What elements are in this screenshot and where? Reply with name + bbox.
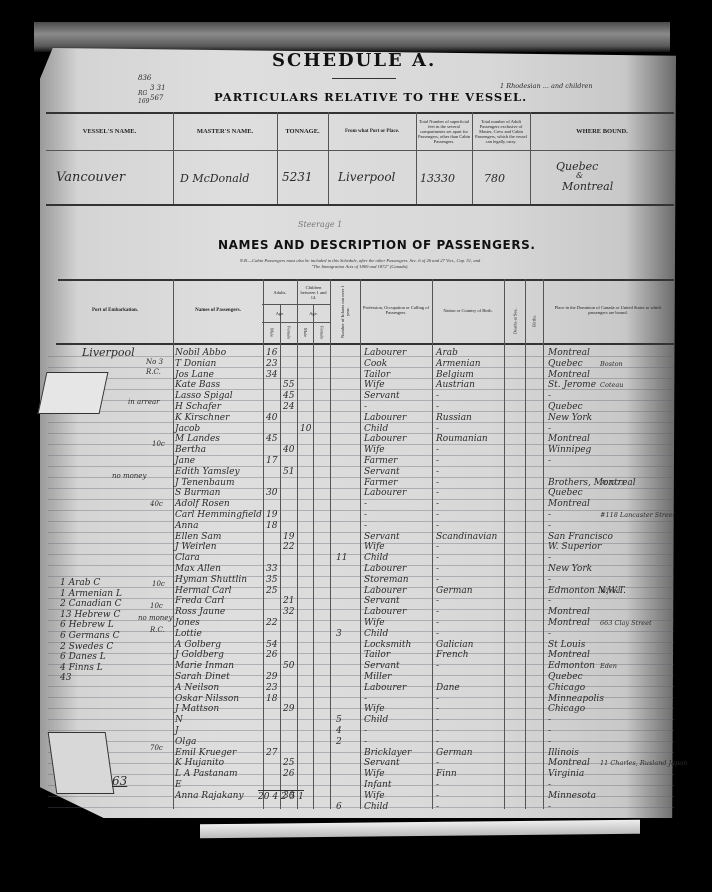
nation-of-birth: - [436,391,439,402]
adult-male-age: 54 [266,640,277,651]
occupation: Labourer [364,348,406,359]
destination: - [548,510,551,521]
destination: New York [548,413,592,424]
destination: Montreal [548,434,590,445]
adult-male-age: 27 [266,748,277,759]
header-port: Port of Embarkation. [60,290,170,330]
adult-male-age: 35 [266,575,277,586]
occupation: Wife [364,791,385,802]
adult-female-age: 50 [283,661,294,672]
adult-male-age: 30 [266,488,277,499]
port-of-embarkation: Liverpool [82,346,135,359]
destination: Quebec [548,488,583,499]
destination: - [548,802,551,813]
nation-of-birth: Armenian [436,359,481,370]
adult-male-age: 19 [266,510,277,521]
passenger-name: Olga [175,737,196,748]
destination: - [548,391,551,402]
adult-female-age: 19 [283,532,294,543]
passenger-table-header-rule [56,343,674,345]
occupation: Farmer [364,478,397,489]
destination: Minnesota [548,791,596,802]
occupation: Child [364,715,388,726]
adult-female-age: 21 [283,596,294,607]
nation-of-birth: German [436,586,473,597]
nation-of-birth: - [436,445,439,456]
nation-of-birth: - [436,607,439,618]
superficial-feet-value: 13330 [420,172,455,185]
occupation: Servant [364,596,400,607]
adult-female-age: 25 [283,758,294,769]
passenger-name: Clara [175,553,200,564]
destination: St Louis [548,640,585,651]
passenger-name: Nobil Abbo [175,348,226,359]
occupation: Servant [364,661,400,672]
header-child-male: Male [298,324,313,342]
folded-corner [38,372,109,414]
destination: San Francisco [548,532,613,543]
header-superficial-feet: Total Number of superficial feet in the … [418,113,470,149]
marginalia-number: 3 31 [150,84,166,92]
nation-of-birth: French [436,650,469,661]
adult-male-age: 22 [266,618,277,629]
tonnage-value: 5231 [282,170,313,184]
occupation: Wife [364,769,385,780]
nation-of-birth: - [436,424,439,435]
tally-entry: 6 Hebrew L [60,620,114,630]
destination: Montreal [548,499,590,510]
nation-of-birth: Belgium [436,370,474,381]
destination: Minneapolis [548,694,604,705]
passenger-name: Freda Carl [175,596,224,607]
adult-male-age: 23 [266,683,277,694]
passenger-name: Carl Hemmingfield [175,510,262,521]
torn-corner [48,732,115,794]
passenger-name: Lottie [175,629,202,640]
marginalia-number: 836 [138,74,151,82]
infant-count: 3 [336,629,342,640]
vessel-table-bottom [46,204,674,206]
occupation: Child [364,802,388,813]
adult-male-age: 45 [266,434,277,445]
nation-of-birth: - [436,618,439,629]
header-where-bound: WHERE BOUND. [530,112,674,150]
schedule-title: SCHEDULE A. [272,50,436,71]
destination: - [548,424,551,435]
passenger-name: Kate Bass [175,380,220,391]
destination: Chicago [548,704,585,715]
header-adults: Adults. [264,280,296,304]
from-port-value: Liverpool [338,170,395,184]
nation-of-birth: - [436,802,439,813]
passenger-name: K Hujanito [175,758,224,769]
nation-of-birth: - [436,596,439,607]
destination-note: Coteau [600,380,623,391]
nation-of-birth: Galician [436,640,473,651]
passenger-name: Anna [175,521,198,532]
margin-note: 10c [150,602,163,610]
passenger-name: J Weirlen [175,542,217,553]
occupation: Wife [364,445,385,456]
adult-female-age: 29 [283,704,294,715]
passenger-name: J Mattson [175,704,219,715]
nation-of-birth: - [436,715,439,726]
nation-of-birth: - [436,758,439,769]
occupation: Servant [364,467,400,478]
nation-of-birth: - [436,564,439,575]
title-divider [332,78,396,79]
passenger-name: Edith Yamsley [175,467,240,478]
film-edge-top [34,22,670,52]
nation-of-birth: Roumanian [436,434,488,445]
nation-of-birth: - [436,694,439,705]
margin-note: 40c [150,500,163,508]
passenger-name: M Landes [175,434,220,445]
nation-of-birth: - [436,467,439,478]
occupation: Wife [364,704,385,715]
destination-note: 11 Charles, Rusland Japan [600,758,687,769]
destination-note: 663 Clay Street [600,618,652,629]
nation-of-birth: - [436,542,439,553]
occupation: Servant [364,532,400,543]
occupation: Tailor [364,650,390,661]
adult-capacity-value: 780 [484,172,505,185]
occupation: - [364,402,367,413]
particulars-title: PARTICULARS RELATIVE TO THE VESSEL. [214,90,527,104]
passenger-name: Jones [175,618,200,629]
child-age: 10 [300,424,311,435]
header-names: Names of Passengers. [175,290,261,330]
nation-of-birth: - [436,661,439,672]
occupation: Labourer [364,683,406,694]
header-child-age: Age. [298,305,329,321]
nation-of-birth: German [436,748,473,759]
passenger-name: L A Pastanam [175,769,238,780]
nation-of-birth: - [436,737,439,748]
nation-of-birth: Austrian [436,380,475,391]
nation-of-birth: - [436,780,439,791]
header-deaths: Deaths at Sea. [506,300,524,342]
occupation: Labourer [364,586,406,597]
marginalia-code: RG [138,90,147,97]
destination-note: Boston [600,359,623,370]
adult-female-age: 55 [283,380,294,391]
destination: Montreal [548,370,590,381]
destination: - [548,726,551,737]
adult-male-age: 33 [266,564,277,575]
occupation: Tailor [364,370,390,381]
destination: - [548,456,551,467]
destination: - [548,715,551,726]
nation-of-birth: Finn [436,769,457,780]
occupation: Wife [364,542,385,553]
nation-of-birth: - [436,478,439,489]
nation-of-birth: Scandinavian [436,532,497,543]
adult-male-age: 16 [266,348,277,359]
nation-of-birth: - [436,499,439,510]
occupation: Child [364,424,388,435]
passenger-name: T Donian [175,359,216,370]
adult-male-age: 26 [266,650,277,661]
passenger-name: Ross Jaune [175,607,225,618]
passenger-name: N [175,715,183,726]
occupation: - [364,694,367,705]
tally-entry: 1 Arab C [60,578,100,588]
passenger-name: Hermal Carl [175,586,232,597]
marginalia-code: 169 [138,98,149,105]
page-number: 63 [112,774,127,788]
tally-entry: 43 [60,673,71,683]
header-child-female: Female [314,324,330,342]
tally-entry: 6 Germans C [60,631,119,641]
margin-note: in arrear [128,398,160,406]
adult-female-age: 51 [283,467,294,478]
nation-of-birth: - [436,402,439,413]
occupation: Farmer [364,456,397,467]
header-master-name: MASTER'S NAME. [173,112,277,150]
where-bound-line3: Montreal [562,180,613,193]
passenger-name: A Golberg [175,640,221,651]
passenger-name: Jos Lane [175,370,214,381]
col-divider [328,112,329,204]
destination: W. Superior [548,542,601,553]
nation-of-birth: - [436,575,439,586]
passenger-name: Oskar Nilsson [175,694,239,705]
column-totals: 20 4 2 5 1 [258,790,304,802]
margin-note: 70c [150,744,163,752]
passenger-name: Max Allen [175,564,221,575]
tally-entry: 6 Danes L [60,652,106,662]
adult-male-age: 34 [266,370,277,381]
passenger-name: Jane [175,456,195,467]
passenger-name: Jacob [175,424,200,435]
occupation: Labourer [364,413,406,424]
passenger-name: Anna Rajakany [175,791,244,802]
occupation: - [364,737,367,748]
adult-male-age: 40 [266,413,277,424]
steerage-note: Steerage 1 [298,220,342,229]
nation-of-birth: - [436,726,439,737]
passenger-name: Adolf Rosen [175,499,230,510]
destination: Montreal [548,650,590,661]
destination: - [548,596,551,607]
tally-entry: 1 Armenian L [60,589,122,599]
destination: New York [548,564,592,575]
nation-of-birth: - [436,488,439,499]
marginalia-number: 567 [150,94,163,102]
passenger-name: E [175,780,182,791]
occupation: Labourer [364,434,406,445]
occupation: - [364,510,367,521]
adult-male-age: 17 [266,456,277,467]
header-male: Male [264,324,280,342]
page-bottom-edge [200,820,640,839]
header-tonnage: TONNAGE. [277,112,328,150]
occupation: Locksmith [364,640,411,651]
adult-male-age: 25 [266,586,277,597]
margin-note: R.C. [146,368,161,376]
occupation: Child [364,629,388,640]
header-from-port: From what Port or Place. [332,112,412,150]
nation-of-birth: - [436,704,439,715]
header-nation: Nation or Country of Birth. [434,290,502,330]
occupation: Infant [364,780,391,791]
destination: - [548,521,551,532]
header-adult-age: Age. [264,305,296,321]
header-adult-capacity: Total number of Adult Passengers exclusi… [474,113,528,149]
where-bound-line2: & [576,171,583,180]
adult-female-age: 45 [283,391,294,402]
tally-entry: 2 Canadian C [60,599,122,609]
nb-note: N.B.—Cabin Passengers must also be inclu… [180,258,540,270]
destination: Chicago [548,683,585,694]
master-name: D McDonald [180,172,249,185]
infant-count: 6 [336,802,342,813]
occupation: Miller [364,672,391,683]
adult-male-age: 29 [266,672,277,683]
occupation: Servant [364,758,400,769]
margin-note: no money [138,614,172,622]
nation-of-birth: Arab [436,348,458,359]
destination: Quebec [548,672,583,683]
destination: Montreal [548,758,590,769]
margin-note: 10c [152,580,165,588]
passenger-name: J [175,726,179,737]
destination: Montreal [548,348,590,359]
tally-entry: 13 Hebrew C [60,610,120,620]
nation-of-birth: - [436,791,439,802]
nation-of-birth: - [436,456,439,467]
header-births: Births. [526,300,542,342]
destination: - [548,780,551,791]
destination: Quebec [548,402,583,413]
passenger-name: Hyman Shuttlin [175,575,247,586]
occupation: Wife [364,380,385,391]
nation-of-birth: - [436,553,439,564]
destination: Montreal [548,618,590,629]
nation-of-birth: - [436,521,439,532]
passenger-name: Lasso Spigal [175,391,233,402]
destination: Quebec [548,359,583,370]
destination: - [548,737,551,748]
occupation: Wife [364,618,385,629]
passenger-name: J Tenenbaum [175,478,234,489]
passenger-name: J Goldberg [175,650,224,661]
nation-of-birth: - [436,629,439,640]
top-right-note: 1 Rhodesian ... and children [500,82,593,90]
adult-female-age: 32 [283,607,294,618]
nation-of-birth: Dane [436,683,460,694]
passenger-table-top [58,279,674,281]
destination: - [548,575,551,586]
margin-note: No 3 [146,358,163,366]
subheader-rule [262,322,330,323]
destination-note: Wfred [600,586,620,597]
adult-female-age: 24 [283,402,294,413]
destination: - [548,629,551,640]
nation-of-birth: Russian [436,413,472,424]
adult-male-age: 18 [266,521,277,532]
infant-count: 2 [336,737,342,748]
destination: Virginia [548,769,584,780]
infant-count: 4 [336,726,342,737]
nb-line-2: "The Immigration Acts of 1869 and 1872" … [180,264,540,270]
passenger-name: Ellen Sam [175,532,221,543]
destination-note: 703773 [600,478,625,489]
vessel-table-header-rule [46,150,674,151]
margin-note: no money [112,472,146,480]
header-children: Children between 1 and 14. [298,280,329,304]
passenger-name: Marie Inman [175,661,234,672]
occupation: Cook [364,359,387,370]
occupation: Servant [364,391,400,402]
passenger-name: A Neilson [175,683,219,694]
adult-female-age: 40 [283,445,294,456]
occupation: Labourer [364,488,406,499]
passenger-name: Sarah Dinet [175,672,230,683]
infant-count: 5 [336,715,342,726]
col-divider [416,112,417,204]
occupation: - [364,726,367,737]
adult-female-age: 26 [283,769,294,780]
occupation: - [364,521,367,532]
occupation: Child [364,553,388,564]
col-divider [472,112,473,204]
destination: - [548,553,551,564]
destination: Montreal [548,607,590,618]
occupation: - [364,499,367,510]
occupation: Labourer [364,564,406,575]
passenger-name: Emil Krueger [175,748,236,759]
header-female: Female [281,324,297,342]
adult-male-age: 23 [266,359,277,370]
destination: St. Jerome [548,380,596,391]
header-infants: Number of Infants not over 1 year. [332,282,358,342]
destination-note: Eden [600,661,617,672]
passenger-name: K Kirschner [175,413,229,424]
margin-note: R.C. [150,626,165,634]
destination: Edmonton [548,661,595,672]
margin-note: 10c [152,440,165,448]
vessel-name: Vancouver [56,170,125,185]
tally-entry: 4 Finns L [60,663,103,673]
passenger-name: H Schafer [175,402,221,413]
destination-note: #118 Lancaster Street [600,510,675,521]
adult-female-age: 22 [283,542,294,553]
occupation: Bricklayer [364,748,411,759]
header-destination: Place in the Dominion of Canada or Unite… [546,288,670,332]
passengers-title: NAMES AND DESCRIPTION OF PASSENGERS. [218,238,536,252]
occupation: Storeman [364,575,409,586]
header-profession: Profession, Occupation or Calling of Pas… [362,290,430,330]
tally-entry: 2 Swedes C [60,642,113,652]
passenger-name: Bertha [175,445,206,456]
passenger-name: S Burman [175,488,220,499]
occupation: Labourer [364,607,406,618]
destination: Winnipeg [548,445,591,456]
infant-count: 11 [336,553,347,564]
header-vessel-name: VESSEL'S NAME. [46,112,173,150]
adult-male-age: 18 [266,694,277,705]
nation-of-birth: - [436,510,439,521]
destination: Illinois [548,748,579,759]
